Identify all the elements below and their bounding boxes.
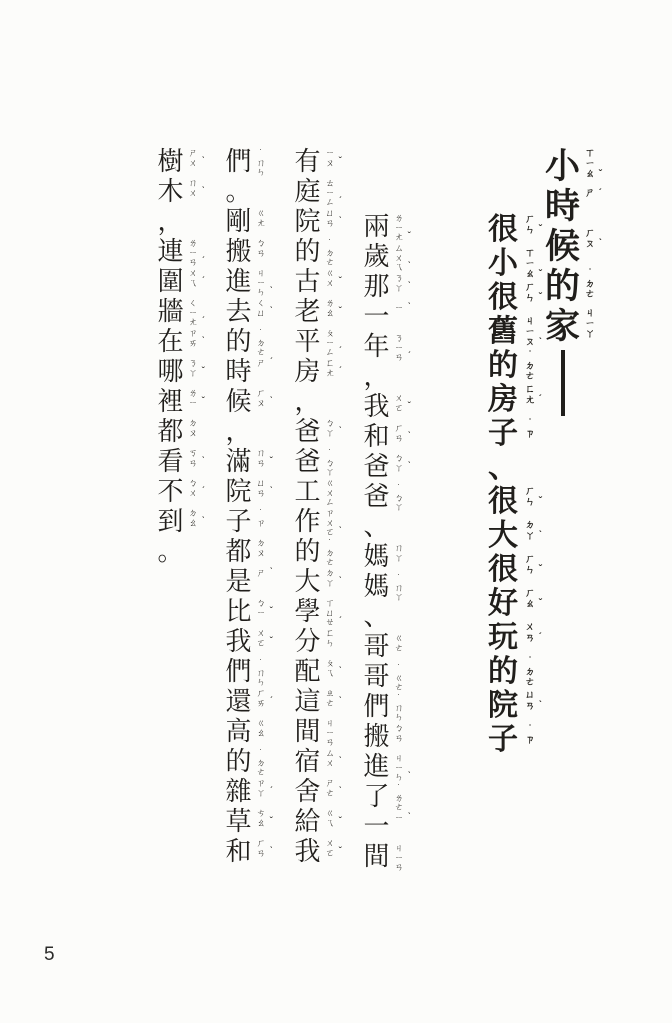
han-char: 舊 bbox=[484, 315, 522, 349]
han-char: 的 bbox=[484, 349, 522, 383]
zhuyin-annotation: ㄏㄣˇ bbox=[523, 283, 537, 304]
char-cell: 舊ㄐㄧㄡˋ bbox=[484, 315, 522, 349]
zhuyin-tone-mark: ˊ bbox=[339, 617, 342, 627]
han-char: 哥 bbox=[362, 632, 391, 662]
char-cell: 們˙ㄇㄣ bbox=[362, 692, 391, 722]
han-char: 的 bbox=[293, 237, 322, 267]
char-cell: 了˙ㄌㄜ bbox=[362, 782, 391, 812]
zhuyin-letter: ˙ bbox=[523, 657, 537, 668]
han-char: 我 bbox=[362, 392, 391, 422]
zhuyin-annotation: ㄆㄟˋ bbox=[323, 659, 337, 678]
zhuyin-letter: ㄟ bbox=[323, 669, 337, 679]
han-char: 給 bbox=[293, 807, 322, 837]
zhuyin-tone-mark: ˊ bbox=[270, 787, 273, 797]
char-cell: 舍ㄕㄜˋ bbox=[293, 777, 322, 807]
zhuyin-letter: ㄟ bbox=[323, 819, 337, 829]
han-char: 時 bbox=[224, 357, 253, 387]
zhuyin-letter: ㄢ bbox=[254, 849, 268, 859]
zhuyin-tone-mark: ˊ bbox=[339, 367, 342, 377]
zhuyin-annotation: ㄉㄠˋ bbox=[186, 509, 200, 528]
zhuyin-annotation: ㄌㄧˇ bbox=[186, 389, 200, 408]
zhuyin-annotation: ㄋㄚˋ bbox=[392, 274, 406, 293]
body-text-column-1: 兩ㄌㄧㄤˇ歲ㄙㄨㄟˋ那ㄋㄚˋ一ㄧˋ年ㄋㄧㄢˊ，我ㄨㄛˇ和ㄏㄢˋ爸ㄅㄚˋ爸˙ㄅㄚ、… bbox=[362, 212, 391, 872]
zhuyin-letter: ㄕ bbox=[254, 359, 268, 369]
zhuyin-annotation: ㄏㄡˋ bbox=[583, 229, 597, 250]
zhuyin-annotation: ˙ㄇㄚ bbox=[392, 574, 406, 603]
zhuyin-letter: ㄢ bbox=[254, 459, 268, 469]
zhuyin-annotation: ㄏㄞˊ bbox=[254, 689, 268, 708]
zhuyin-letter: ㄒ bbox=[523, 249, 537, 260]
punct-cell: ， bbox=[293, 387, 322, 417]
char-cell: 去ㄑㄩˋ bbox=[224, 297, 253, 327]
han-char: 的 bbox=[543, 267, 582, 307]
zhuyin-tone-mark: ˇ bbox=[270, 457, 273, 467]
zhuyin-tone-mark: ˇ bbox=[339, 157, 342, 167]
han-char: 滿 bbox=[224, 447, 253, 477]
zhuyin-tone-mark: ˋ bbox=[339, 427, 342, 437]
char-cell: 們˙ㄇㄣ bbox=[224, 657, 253, 687]
zhuyin-tone-mark: ˋ bbox=[408, 282, 411, 292]
zhuyin-letter: ㄣ bbox=[392, 773, 406, 783]
zhuyin-letter: ㄠ bbox=[523, 270, 537, 281]
han-char: 候 bbox=[543, 227, 582, 267]
char-cell: 平ㄆㄧㄥˊ bbox=[293, 327, 322, 357]
han-char: 連 bbox=[156, 237, 185, 267]
zhuyin-tone-mark: ˋ bbox=[202, 337, 205, 347]
zhuyin-letter: ㄡ bbox=[186, 429, 200, 439]
han-char: 配 bbox=[293, 657, 322, 687]
zhuyin-annotation: ˙ㄅㄚ bbox=[392, 484, 406, 513]
zhuyin-letter: ㄣ bbox=[523, 226, 537, 237]
zhuyin-tone-mark: ˇ bbox=[408, 402, 411, 412]
char-cell: 都ㄉㄡ bbox=[224, 537, 253, 567]
char-cell: 爸ㄅㄚˋ bbox=[362, 452, 391, 482]
zhuyin-tone-mark: ˊ bbox=[202, 317, 205, 327]
char-cell: 間ㄐㄧㄢ bbox=[362, 842, 391, 872]
char-cell: 很ㄏㄣˇ bbox=[484, 281, 522, 315]
punct-cell: 、 bbox=[484, 451, 522, 485]
zhuyin-annotation: ㄕˊ bbox=[583, 189, 597, 200]
zhuyin-letter: ㄣ bbox=[254, 168, 268, 178]
zhuyin-tone-mark: ˋ bbox=[270, 287, 273, 297]
zhuyin-tone-mark: ˋ bbox=[539, 531, 542, 541]
zhuyin-letter: ㄜ bbox=[523, 678, 537, 689]
han-char: 爸 bbox=[362, 482, 391, 512]
zhuyin-letter: ㄠ bbox=[186, 519, 200, 529]
zhuyin-letter: ㄢ bbox=[323, 219, 337, 229]
zhuyin-annotation: ㄌㄧㄤˇ bbox=[392, 214, 406, 243]
body-text-column-3: 們˙ㄇㄣ。剛ㄍㄤ搬ㄅㄢ進ㄐㄧㄣˋ去ㄑㄩˋ的˙ㄉㄜ時ㄕˊ候ㄏㄡˋ，滿ㄇㄢˇ院ㄩㄢˋ… bbox=[224, 147, 253, 867]
zhuyin-annotation: ˙ㄅㄚ bbox=[323, 449, 337, 478]
zhuyin-letter: ㄜ bbox=[583, 290, 597, 301]
char-cell: 小ㄒㄧㄠˇ bbox=[484, 247, 522, 281]
zhuyin-letter: ㄕ bbox=[583, 189, 597, 200]
zhuyin-tone-mark: ˋ bbox=[408, 262, 411, 272]
char-cell: 比ㄅㄧˇ bbox=[224, 597, 253, 627]
zhuyin-letter: ㄢ bbox=[323, 738, 337, 748]
han-char: 都 bbox=[224, 537, 253, 567]
char-cell: 分ㄈㄣ bbox=[293, 627, 322, 657]
zhuyin-letter: ㄨ bbox=[186, 159, 200, 169]
char-cell: 兩ㄌㄧㄤˇ bbox=[362, 212, 391, 242]
char-cell: 很ㄏㄣˇ bbox=[484, 553, 522, 587]
char-cell: 時ㄕˊ bbox=[543, 187, 582, 227]
zhuyin-annotation: ㄕˋ bbox=[254, 569, 268, 579]
zhuyin-tone-mark: ˇ bbox=[539, 270, 542, 280]
zhuyin-letter: ㄤ bbox=[323, 369, 337, 379]
char-cell: 好ㄏㄠˇ bbox=[484, 587, 522, 621]
zhuyin-annotation: ㄏㄣˇ bbox=[523, 487, 537, 508]
zhuyin-annotation: ˙ㄇㄣ bbox=[392, 694, 406, 723]
han-char: 剛 bbox=[224, 207, 253, 237]
zhuyin-letter: ㄥ bbox=[323, 348, 337, 358]
zhuyin-letter: ㄞ bbox=[186, 339, 200, 349]
zhuyin-annotation: ㄕㄨˋ bbox=[186, 149, 200, 168]
zhuyin-letter: ㄚ bbox=[392, 554, 406, 564]
char-cell: 爸ㄅㄚˋ bbox=[293, 417, 322, 447]
zhuyin-letter: ㄛ bbox=[254, 639, 268, 649]
zhuyin-letter: ㄚ bbox=[323, 468, 337, 478]
zhuyin-annotation: ˙ㄉㄜ bbox=[254, 329, 268, 358]
zhuyin-letter: ˙ bbox=[523, 351, 537, 362]
han-char: 進 bbox=[224, 267, 253, 297]
body-text-column-2: 有ㄧㄡˇ庭ㄊㄧㄥˊ院ㄩㄢˋ的˙ㄉㄜ古ㄍㄨˇ老ㄌㄠˇ平ㄆㄧㄥˊ房ㄈㄤˊ，爸ㄅㄚˋ爸… bbox=[293, 147, 322, 867]
zhuyin-tone-mark: ˋ bbox=[408, 462, 411, 472]
zhuyin-letter: ㄢ bbox=[186, 258, 200, 268]
han-char: 還 bbox=[224, 687, 253, 717]
zhuyin-tone-mark: ˋ bbox=[202, 517, 205, 527]
zhuyin-letter: ㄡ bbox=[254, 399, 268, 409]
han-char: 哪 bbox=[156, 357, 185, 387]
zhuyin-tone-mark: ˊ bbox=[339, 197, 342, 207]
char-cell: 爸˙ㄅㄚ bbox=[362, 482, 391, 512]
char-cell: 子˙ㄗ bbox=[224, 507, 253, 537]
char-cell: 房ㄈㄤˊ bbox=[293, 357, 322, 387]
char-cell: 老ㄌㄠˇ bbox=[293, 297, 322, 327]
zhuyin-annotation: ㄍㄨˇ bbox=[323, 269, 337, 288]
han-char: 玩 bbox=[484, 621, 522, 655]
zhuyin-annotation: ㄍㄟˇ bbox=[323, 809, 337, 828]
han-char: 院 bbox=[484, 689, 522, 723]
zhuyin-annotation: ㄓㄜˋ bbox=[323, 689, 337, 708]
zhuyin-letter: ˙ bbox=[523, 725, 537, 736]
zhuyin-letter: ㄤ bbox=[392, 233, 406, 243]
zhuyin-tone-mark: ˇ bbox=[339, 307, 342, 317]
zhuyin-annotation: ㄐㄧㄢ bbox=[323, 719, 337, 748]
zhuyin-letter: ㄩ bbox=[523, 691, 537, 702]
zhuyin-annotation: ㄅㄚˋ bbox=[323, 419, 337, 438]
zhuyin-tone-mark: ˇ bbox=[339, 817, 342, 827]
han-char: 我 bbox=[293, 837, 322, 867]
han-char: ， bbox=[362, 362, 391, 392]
han-char: ， bbox=[293, 387, 322, 417]
char-cell: 子˙ㄗ bbox=[484, 417, 522, 451]
char-cell: 配ㄆㄟˋ bbox=[293, 657, 322, 687]
zhuyin-tone-mark: ˋ bbox=[339, 217, 342, 227]
zhuyin-letter: ㄤ bbox=[186, 318, 200, 328]
zhuyin-letter: ㄢ bbox=[392, 734, 406, 744]
zhuyin-letter: ㄣ bbox=[392, 713, 406, 723]
char-cell: 的˙ㄉㄜ bbox=[224, 327, 253, 357]
char-cell: 房ㄈㄤˊ bbox=[484, 383, 522, 417]
han-char: 宿 bbox=[293, 747, 322, 777]
zhuyin-letter: ㄗ bbox=[523, 736, 537, 747]
han-char: 爸 bbox=[362, 452, 391, 482]
char-cell: 院ㄩㄢˋ bbox=[293, 207, 322, 237]
chapter-title-subtitle-column: 很ㄏㄣˇ小ㄒㄧㄠˇ很ㄏㄣˇ舊ㄐㄧㄡˋ的˙ㄉㄜ房ㄈㄤˊ子˙ㄗ、很ㄏㄣˇ大ㄉㄚˋ很ㄏ… bbox=[484, 213, 522, 757]
han-char: 子 bbox=[484, 723, 522, 757]
han-char: 。 bbox=[156, 537, 185, 567]
zhuyin-annotation: ㄎㄢˋ bbox=[186, 449, 200, 468]
char-cell: 間ㄐㄧㄢ bbox=[293, 717, 322, 747]
zhuyin-tone-mark: ˋ bbox=[339, 697, 342, 707]
zhuyin-annotation: ㄇㄢˇ bbox=[254, 449, 268, 468]
char-cell: 學ㄒㄩㄝˊ bbox=[293, 597, 322, 627]
zhuyin-tone-mark: ˇ bbox=[539, 565, 542, 575]
char-cell: 小ㄒㄧㄠˇ bbox=[543, 147, 582, 187]
zhuyin-letter: ㄏ bbox=[523, 487, 537, 498]
han-char: ， bbox=[156, 207, 185, 237]
zhuyin-annotation: ˙ㄗ bbox=[254, 509, 268, 528]
zhuyin-tone-mark: ˇ bbox=[270, 637, 273, 647]
char-cell: 滿ㄇㄢˇ bbox=[224, 447, 253, 477]
zhuyin-annotation: ㄊㄧㄥˊ bbox=[323, 179, 337, 208]
zhuyin-annotation: ㄍㄜ bbox=[392, 634, 406, 653]
han-char: 們 bbox=[224, 657, 253, 687]
zhuyin-letter: ㄗ bbox=[523, 430, 537, 441]
zhuyin-tone-mark: ˇ bbox=[339, 277, 342, 287]
char-cell: 牆ㄑㄧㄤˊ bbox=[156, 297, 185, 327]
zhuyin-letter: ㄠ bbox=[583, 170, 597, 181]
han-char: 有 bbox=[293, 147, 322, 177]
zhuyin-annotation: ㄉㄡ bbox=[186, 419, 200, 438]
zhuyin-letter: ㄠ bbox=[254, 729, 268, 739]
char-cell: 庭ㄊㄧㄥˊ bbox=[293, 177, 322, 207]
char-cell: 大ㄉㄚˋ bbox=[293, 567, 322, 597]
zhuyin-tone-mark: ˊ bbox=[539, 395, 542, 405]
zhuyin-letter: ㄥ bbox=[323, 498, 337, 508]
han-char: 大 bbox=[293, 567, 322, 597]
zhuyin-letter: ㄚ bbox=[186, 369, 200, 379]
char-cell: 子˙ㄗ bbox=[484, 723, 522, 757]
zhuyin-annotation: ㄇㄨˋ bbox=[186, 179, 200, 198]
zhuyin-annotation: ㄐㄧㄚ bbox=[583, 309, 597, 341]
char-cell: 裡ㄌㄧˇ bbox=[156, 387, 185, 417]
zhuyin-letter: ㄢ bbox=[523, 634, 537, 645]
zhuyin-tone-mark: ˋ bbox=[270, 847, 273, 857]
char-cell: 工ㄍㄨㄥ bbox=[293, 477, 322, 507]
char-cell: 一ㄧˋ bbox=[362, 302, 391, 332]
han-char: 們 bbox=[362, 692, 391, 722]
han-char: 搬 bbox=[224, 237, 253, 267]
han-char: 好 bbox=[484, 587, 522, 621]
zhuyin-annotation: ㄙㄨˋ bbox=[323, 749, 337, 768]
han-char: 草 bbox=[224, 807, 253, 837]
zhuyin-tone-mark: ˋ bbox=[202, 157, 205, 167]
zhuyin-annotation: ㄆㄧㄥˊ bbox=[323, 329, 337, 358]
zhuyin-tone-mark: ˋ bbox=[408, 303, 411, 313]
char-cell: 時ㄕˊ bbox=[224, 357, 253, 387]
char-cell: 這ㄓㄜˋ bbox=[293, 687, 322, 717]
zhuyin-letter: ㄩ bbox=[254, 309, 268, 319]
zhuyin-tone-mark: ˋ bbox=[539, 701, 542, 711]
zhuyin-annotation: ㄏㄡˋ bbox=[254, 389, 268, 408]
char-cell: 和ㄏㄢˋ bbox=[224, 837, 253, 867]
zhuyin-tone-mark: ˋ bbox=[339, 757, 342, 767]
zhuyin-annotation: ˙ㄉㄜ bbox=[523, 657, 537, 689]
punct-cell: 、 bbox=[362, 602, 391, 632]
char-cell: 有ㄧㄡˇ bbox=[293, 147, 322, 177]
char-cell: 媽ㄇㄚ bbox=[362, 542, 391, 572]
han-char: 樹 bbox=[156, 147, 185, 177]
zhuyin-tone-mark: ˇ bbox=[599, 170, 602, 180]
zhuyin-tone-mark: ˇ bbox=[270, 817, 273, 827]
zhuyin-letter: ㄛ bbox=[392, 404, 406, 414]
zhuyin-letter: ㄜ bbox=[392, 683, 406, 693]
han-char: 進 bbox=[362, 752, 391, 782]
zhuyin-letter: ㄡ bbox=[523, 338, 537, 349]
zhuyin-annotation: ˙ㄍㄜ bbox=[392, 664, 406, 693]
zhuyin-tone-mark: ˋ bbox=[408, 432, 411, 442]
zhuyin-tone-mark: ˋ bbox=[202, 457, 205, 467]
han-char: 、 bbox=[362, 602, 391, 632]
zhuyin-letter: ㄚ bbox=[392, 593, 406, 603]
zhuyin-annotation: ㄐㄧㄣˋ bbox=[392, 754, 406, 783]
zhuyin-annotation: ˙ㄗ bbox=[523, 725, 537, 746]
han-char: 古 bbox=[293, 267, 322, 297]
zhuyin-annotation: ㄏㄣˇ bbox=[523, 555, 537, 576]
han-char: 一 bbox=[362, 812, 391, 842]
zhuyin-tone-mark: ˇ bbox=[539, 497, 542, 507]
zhuyin-annotation: ㄋㄧㄢˊ bbox=[392, 334, 406, 363]
zhuyin-annotation: ㄅㄢ bbox=[392, 724, 406, 743]
han-char: 房 bbox=[293, 357, 322, 387]
zhuyin-letter: ㄠ bbox=[323, 309, 337, 319]
han-char: 子 bbox=[484, 417, 522, 451]
han-char: 工 bbox=[293, 477, 322, 507]
zhuyin-tone-mark: ˋ bbox=[270, 307, 273, 317]
page-number: 5 bbox=[44, 944, 55, 966]
han-char: 時 bbox=[543, 187, 582, 227]
zhuyin-annotation: ㄐㄧㄢ bbox=[392, 844, 406, 873]
char-cell: 一ㄧˋ bbox=[362, 812, 391, 842]
zhuyin-tone-mark: ˊ bbox=[202, 257, 205, 267]
han-char: 的 bbox=[224, 747, 253, 777]
zhuyin-letter: ㄜ bbox=[323, 789, 337, 799]
punct-cell: ， bbox=[156, 207, 185, 237]
han-char: 學 bbox=[293, 597, 322, 627]
zhuyin-letter: ㄏ bbox=[523, 555, 537, 566]
zhuyin-letter: ㄝ bbox=[323, 618, 337, 628]
zhuyin-letter: ㄣ bbox=[523, 566, 537, 577]
zhuyin-tone-mark: ˇ bbox=[339, 847, 342, 857]
zhuyin-annotation: ㄒㄧㄠˇ bbox=[523, 249, 537, 281]
zhuyin-letter: ㄜ bbox=[523, 372, 537, 383]
zhuyin-letter: ㄢ bbox=[186, 459, 200, 469]
zhuyin-tone-mark: ˇ bbox=[408, 232, 411, 242]
char-cell: 連ㄌㄧㄢˊ bbox=[156, 237, 185, 267]
zhuyin-letter: ㄏ bbox=[523, 215, 537, 226]
zhuyin-letter: ㄢ bbox=[523, 702, 537, 713]
han-char: 院 bbox=[224, 477, 253, 507]
han-char: 爸 bbox=[293, 447, 322, 477]
zhuyin-annotation: ㄕˊ bbox=[254, 359, 268, 369]
char-cell: 到ㄉㄠˋ bbox=[156, 507, 185, 537]
han-char: 很 bbox=[484, 485, 522, 519]
zhuyin-letter: ㄏ bbox=[523, 589, 537, 600]
han-char: 間 bbox=[362, 842, 391, 872]
zhuyin-letter: ㄚ bbox=[254, 789, 268, 799]
han-char: 不 bbox=[156, 477, 185, 507]
char-cell: 的˙ㄉㄜ bbox=[293, 237, 322, 267]
zhuyin-letter: ㄜ bbox=[323, 699, 337, 709]
zhuyin-letter: ㄢ bbox=[392, 434, 406, 444]
zhuyin-annotation: ㄉㄚˋ bbox=[523, 521, 537, 542]
zhuyin-tone-mark: ˊ bbox=[270, 697, 273, 707]
zhuyin-annotation: ㄒㄩㄝˊ bbox=[323, 599, 337, 628]
zhuyin-tone-mark: ˋ bbox=[599, 239, 602, 249]
zhuyin-tone-mark: ˊ bbox=[599, 189, 602, 199]
han-char: 是 bbox=[224, 567, 253, 597]
zhuyin-letter: ㄠ bbox=[523, 600, 537, 611]
han-char: 分 bbox=[293, 627, 322, 657]
zhuyin-letter: ㄨ bbox=[523, 623, 537, 634]
char-cell: 候ㄏㄡˋ bbox=[543, 227, 582, 267]
zhuyin-tone-mark: ˋ bbox=[408, 813, 411, 823]
char-cell: 草ㄘㄠˇ bbox=[224, 807, 253, 837]
zhuyin-annotation: ㄉㄚˋ bbox=[323, 569, 337, 588]
zhuyin-letter: ㄢ bbox=[392, 863, 406, 873]
char-cell: 剛ㄍㄤ bbox=[224, 207, 253, 237]
zhuyin-tone-mark: ˊ bbox=[270, 358, 273, 368]
zhuyin-tone-mark: ˋ bbox=[339, 787, 342, 797]
char-cell: 的˙ㄉㄜ bbox=[543, 267, 582, 307]
zhuyin-annotation: ㄩㄢˋ bbox=[523, 691, 537, 712]
zhuyin-annotation: ㄙㄨㄟˋ bbox=[392, 244, 406, 273]
zhuyin-letter: ㄛ bbox=[323, 528, 337, 538]
han-char: 、 bbox=[362, 512, 391, 542]
zhuyin-annotation: ㄑㄩˋ bbox=[254, 299, 268, 318]
han-char: 。 bbox=[224, 177, 253, 207]
han-char: 雜 bbox=[224, 777, 253, 807]
han-char: 候 bbox=[224, 387, 253, 417]
zhuyin-letter: ㄢ bbox=[254, 249, 268, 259]
char-cell: 作ㄗㄨㄛˋ bbox=[293, 507, 322, 537]
char-cell: 都ㄉㄡ bbox=[156, 417, 185, 447]
punct-cell: ， bbox=[362, 362, 391, 392]
zhuyin-tone-mark: ˇ bbox=[202, 397, 205, 407]
zhuyin-tone-mark: ˊ bbox=[202, 487, 205, 497]
chapter-title-main-column: 小ㄒㄧㄠˇ時ㄕˊ候ㄏㄡˋ的˙ㄉㄜ家ㄐㄧㄚ bbox=[543, 147, 582, 419]
zhuyin-letter: ㄒ bbox=[583, 149, 597, 160]
zhuyin-letter: ㄐ bbox=[583, 309, 597, 320]
char-cell: 給ㄍㄟˇ bbox=[293, 807, 322, 837]
char-cell: 搬ㄅㄢ bbox=[362, 722, 391, 752]
zhuyin-letter: ㄡ bbox=[583, 240, 597, 251]
zhuyin-annotation: ㄩㄢˋ bbox=[323, 209, 337, 228]
han-char: 很 bbox=[484, 281, 522, 315]
zhuyin-letter: ㄧ bbox=[392, 304, 406, 314]
char-cell: 木ㄇㄨˋ bbox=[156, 177, 185, 207]
char-cell: 的˙ㄉㄜ bbox=[224, 747, 253, 777]
zhuyin-annotation: ˙ㄗ bbox=[523, 419, 537, 440]
zhuyin-letter: ㄈ bbox=[523, 385, 537, 396]
han-char: 年 bbox=[362, 332, 391, 362]
han-char: 兩 bbox=[362, 212, 391, 242]
zhuyin-letter: ㄣ bbox=[523, 498, 537, 509]
han-char: 搬 bbox=[362, 722, 391, 752]
zhuyin-tone-mark: ˋ bbox=[539, 338, 542, 348]
